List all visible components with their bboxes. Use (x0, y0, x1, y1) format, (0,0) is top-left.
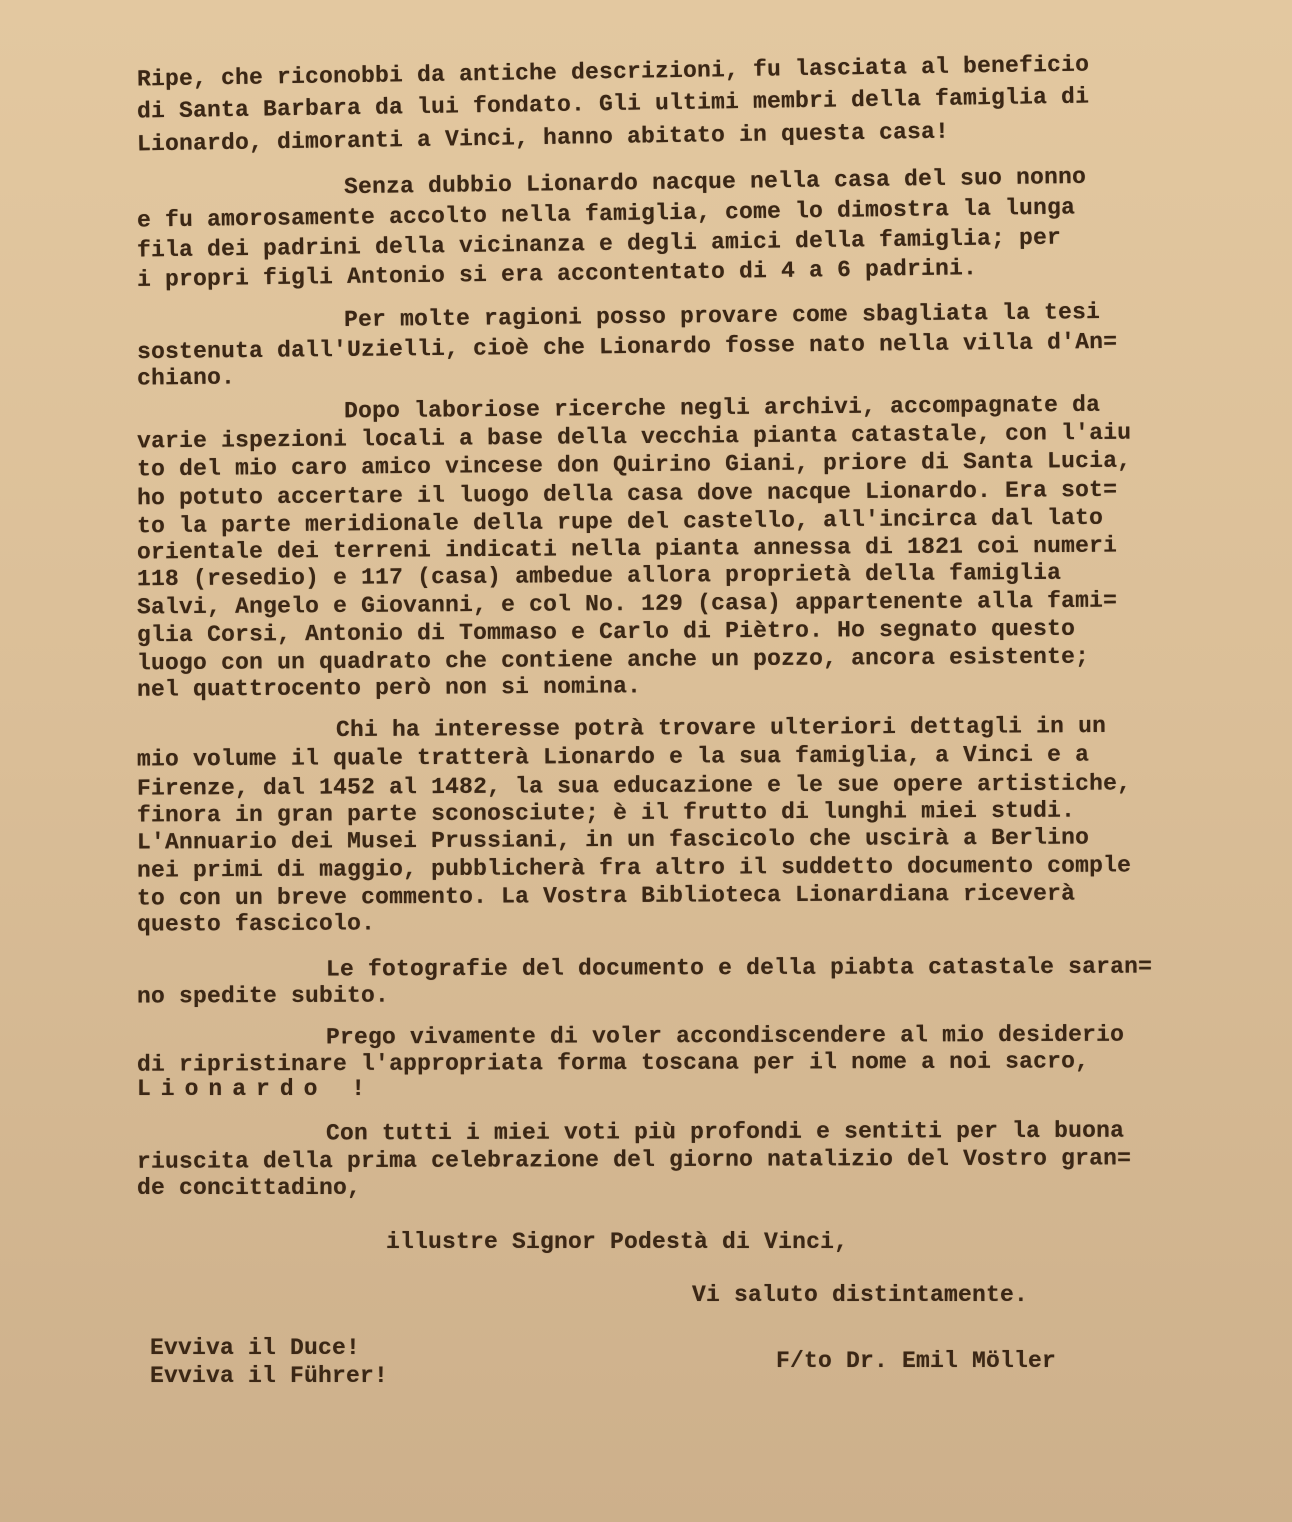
letter-line: Le fotografie del documento e della piab… (326, 953, 1152, 984)
slogan-line: Evviva il Führer! (150, 1362, 388, 1390)
letter-line: nel quattrocento però non si nomina. (137, 672, 641, 704)
letter-line: Con tutti i miei voti più profondi e sen… (326, 1117, 1124, 1148)
letter-line: questo fascicolo. (137, 909, 375, 938)
salutation: illustre Signor Podestà di Vinci, (386, 1228, 848, 1256)
slogan-line: Evviva il Duce! (150, 1334, 360, 1362)
letter-page: Ripe, che riconobbi da antiche descrizio… (0, 0, 1292, 1522)
letter-line: no spedite subito. (137, 982, 389, 1011)
letter-line: de concittadino, (137, 1174, 361, 1202)
letter-line: Chi ha interesse potrà trovare ulteriori… (336, 712, 1106, 744)
letter-line-emphasis: Lionardo ! (137, 1075, 375, 1103)
letter-line: chiano. (137, 363, 235, 392)
greeting: Vi saluto distintamente. (692, 1281, 1028, 1309)
letter-line: mio volume il quale tratterà Lionardo e … (137, 741, 1089, 774)
letter-line: Lionardo, dimoranti a Vinci, hanno abita… (137, 118, 949, 159)
letter-line: sostenuta dall'Uzielli, cioè che Lionard… (137, 328, 1117, 366)
letter-line: riuscita della prima celebrazione del gi… (137, 1144, 1131, 1175)
letter-line: di ripristinare l'appropriata forma tosc… (137, 1047, 1089, 1078)
signature: F/to Dr. Emil Möller (776, 1347, 1056, 1375)
letter-line: to con un breve commento. La Vostra Bibl… (137, 880, 1075, 913)
